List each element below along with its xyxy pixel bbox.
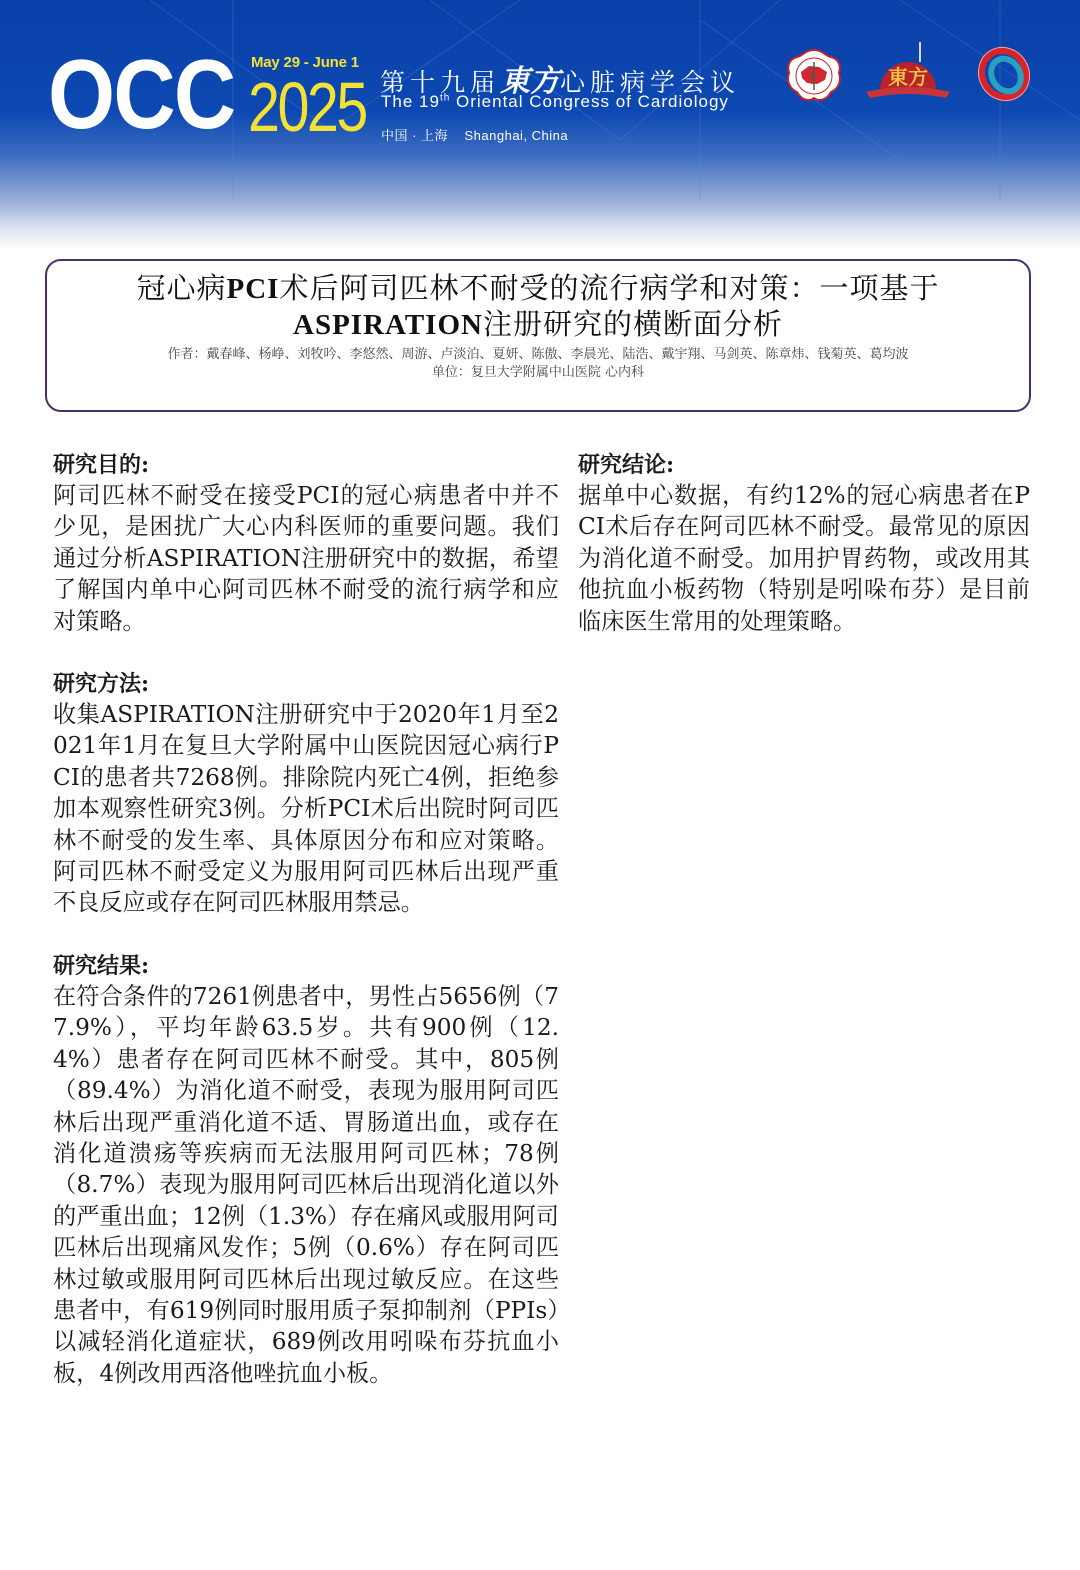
- section-body: 据单中心数据，有约12%的冠心病患者在PCI术后存在阿司匹林不耐受。最常见的原因…: [578, 480, 1030, 637]
- section-results: 研究结果: 在符合条件的7261例患者中，男性占5656例（77.9%），平均年…: [53, 951, 559, 1389]
- section-objective: 研究目的: 阿司匹林不耐受在接受PCI的冠心病患者中并不少见，是困扰广大心内科医…: [53, 450, 559, 637]
- poster-title: 冠心病PCI术后阿司匹林不耐受的流行病学和对策：一项基于 ASPIRATION注…: [47, 271, 1029, 343]
- section-conclusion: 研究结论: 据单中心数据，有约12%的冠心病患者在PCI术后存在阿司匹林不耐受。…: [578, 450, 1030, 637]
- occ-ring-logo-icon: [976, 45, 1032, 103]
- en-title-post: Oriental Congress of Cardiology: [450, 92, 729, 111]
- section-heading: 研究结论:: [578, 450, 1030, 480]
- conference-banner: OCC May 29 - June 1 2025 第十九届東方心脏病学会议 Th…: [0, 0, 1080, 250]
- en-title-sup: th: [440, 92, 450, 103]
- en-title-pre: The 19: [381, 92, 440, 111]
- section-body: 阿司匹林不耐受在接受PCI的冠心病患者中并不少见，是困扰广大心内科医师的重要问题…: [53, 480, 559, 637]
- section-heading: 研究方法:: [53, 669, 559, 699]
- shanghai-medical-association-logo-icon: [785, 48, 843, 104]
- conference-title-en: The 19th Oriental Congress of Cardiology: [381, 92, 729, 112]
- svg-text:東方: 東方: [888, 65, 928, 89]
- section-methods: 研究方法: 收集ASPIRATION注册研究中于2020年1月至2021年1月在…: [53, 669, 559, 919]
- left-column: 研究目的: 阿司匹林不耐受在接受PCI的冠心病患者中并不少见，是困扰广大心内科医…: [53, 450, 559, 1421]
- title-text: 注册研究的横断面分析: [483, 309, 783, 341]
- title-text: 冠心病: [137, 273, 227, 305]
- author-list: 作者：戴春峰、杨峥、刘牧吟、李悠然、周游、卢淡泊、夏妍、陈傲、李晨光、陆浩、戴宇…: [47, 345, 1029, 364]
- title-line-1: 冠心病PCI术后阿司匹林不耐受的流行病学和对策：一项基于: [47, 271, 1029, 307]
- section-body: 收集ASPIRATION注册研究中于2020年1月至2021年1月在复旦大学附属…: [53, 699, 559, 919]
- occ-logo-text: OCC: [48, 46, 234, 142]
- affiliation: 单位：复旦大学附属中山医院 心内科: [47, 364, 1029, 382]
- section-body: 在符合条件的7261例患者中，男性占5656例（77.9%），平均年龄63.5岁…: [53, 981, 559, 1389]
- poster-title-box: 冠心病PCI术后阿司匹林不耐受的流行病学和对策：一项基于 ASPIRATION注…: [45, 259, 1031, 412]
- section-heading: 研究目的:: [53, 450, 559, 480]
- oriental-congress-logo-icon: 東方: [862, 40, 952, 100]
- conference-year: 2025: [248, 72, 366, 142]
- title-text-bold: ASPIRATION: [293, 309, 483, 341]
- right-column: 研究结论: 据单中心数据，有约12%的冠心病患者在PCI术后存在阿司匹林不耐受。…: [578, 450, 1030, 669]
- title-text: 术后阿司匹林不耐受的流行病学和对策：一项基于: [279, 273, 939, 305]
- conference-location: 中国 · 上海 Shanghai, China: [381, 125, 568, 144]
- title-text-bold: PCI: [227, 273, 280, 305]
- title-line-2: ASPIRATION注册研究的横断面分析: [47, 307, 1029, 343]
- section-heading: 研究结果:: [53, 951, 559, 981]
